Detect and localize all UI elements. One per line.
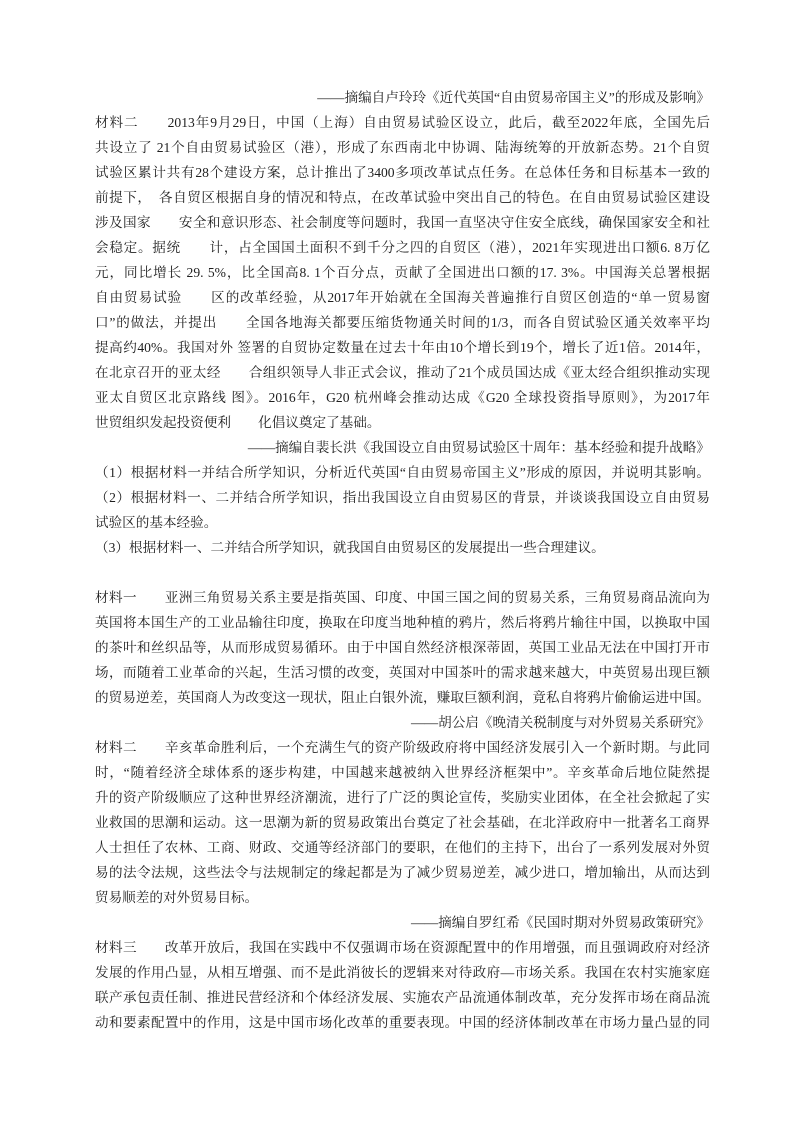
q20-material2-line: 业救国的思潮和运动。这一思潮为新的贸易政策出台奠定了社会基础，在北洋政府中一批著… (95, 810, 710, 835)
q19-subquestion-3: （3）根据材料一、二并结合所学知识，就我国自由贸易区的发展提出一些合理建议。 (95, 535, 710, 560)
q20-material1-line: 材料一 亚洲三角贸易关系主要是指英国、印度、中国三国之间的贸易关系，三角贸易商品… (95, 585, 710, 610)
q19-material2-line: 材料二 2013年9月29日，中国（上海）自由贸易试验区设立，此后，截至2022… (95, 110, 710, 135)
q19-material2-line: 会稳定。据统 计，占全国国土面积不到千分之四的自贸区（港），2021年实现进出口… (95, 235, 710, 260)
q19-material1-attribution: ——摘编自卢玲玲《近代英国“自由贸易帝国主义”的形成及影响》 (95, 85, 710, 110)
q20-material2-line: 人士担任了农林、工商、财政、交通等经济部门的要职，在他们的主持下，出台了一系列发… (95, 835, 710, 860)
q19-material2-line: 共设立了 21个自由贸易试验区（港），形成了东西南北中协调、陆海统筹的开放新态势… (95, 135, 710, 160)
q19-material2-line: 自由贸易试验 区的改革经验，从2017年开始就在全国海关普遍推行自贸区创造的“单… (95, 285, 710, 310)
q20-material2-line: 易的法令法规，这些法令与法规制定的缘起都是为了减少贸易逆差，减少进口，增加输出，… (95, 860, 710, 885)
q20-material1-line: 英国将本国生产的工业品输往印度，换取在印度当地种植的鸦片，然后将鸦片输往中国，以… (95, 610, 710, 635)
q20-material2-line: 贸易顺差的对外贸易目标。 (95, 885, 710, 910)
q19-material2-attribution: ——摘编自裴长洪《我国设立自由贸易试验区十周年：基本经验和提升战略》 (95, 435, 710, 460)
q19-subquestion-2: （2）根据材料一、二并结合所学知识，指出我国设立自由贸易区的背景，并谈谈我国设立… (95, 485, 710, 510)
q19-material2-line: 涉及国家 安全和意识形态、社会制度等问题时，我国一直坚决守住安全底线，确保国家安… (95, 210, 710, 235)
q20-material3-line: 材料三 改革开放后，我国在实践中不仅强调市场在资源配置中的作用增强，而且强调政府… (95, 935, 710, 960)
q20-material3-line: 动和要素配置中的作用，这是中国市场化改革的重要表现。中国的经济体制改革在市场力量… (95, 1010, 710, 1035)
q19-material2-line: 提高约40%。我国对外 签署的自贸协定数量在过去十年由10个增长到19个，增长了… (95, 335, 710, 360)
document-page: ——摘编自卢玲玲《近代英国“自由贸易帝国主义”的形成及影响》 材料二 2013年… (0, 0, 800, 1035)
q19-material2-line: 在北京召开的亚太经 合组织领导人非正式会议，推动了21个成员国达成《亚太经合组织… (95, 360, 710, 385)
q20-material1-attribution: ——胡公启《晚清关税制度与对外贸易关系研究》 (95, 710, 710, 735)
q20-material2-line: 材料二 辛亥革命胜利后，一个充满生气的资产阶级政府将中国经济发展引入一个新时期。… (95, 735, 710, 760)
q20-material3-line: 联产承包责任制、推进民营经济和个体经济发展、实施农产品流通体制改革，充分发挥市场… (95, 985, 710, 1010)
q20-heading: 20.根据材料，回答问题。 (69, 560, 710, 585)
q20-material2-line: 时，“随着经济全球体系的逐步构建，中国越来越被纳入世界经济框架中”。辛亥革命后地… (95, 760, 710, 785)
q19-material2-line: 前提下， 各自贸区根据自身的情况和特点，在改革试验中突出自己的特色。在自由贸易试… (95, 185, 710, 210)
q19-subquestion-2-continued: 试验区的基本经验。 (95, 510, 710, 535)
q19-material2-line: 亚太自贸区北京路线 图》。2016年，G20 杭州峰会推动达成《G20 全球投资… (95, 385, 710, 410)
q20-material1-line: 场，而随着工业革命的兴起，生活习惯的改变，英国对中国茶叶的需求越来越大，中英贸易… (95, 660, 710, 685)
q19-subquestion-1: （1）根据材料一并结合所学知识，分析近代英国“自由贸易帝国主义”形成的原因，并说… (95, 460, 710, 485)
q20-material3-line: 发展的作用凸显，从相互增强、而不是此消彼长的逻辑来对待政府—市场关系。我国在农村… (95, 960, 710, 985)
q19-material2-line: 口”的做法，并提出 全国各地海关都要压缩货物通关时间的1/3，而各自贸试验区通关… (95, 310, 710, 335)
q19-material2-line: 世贸组织发起投资便利 化倡议奠定了基础。 (95, 410, 710, 435)
q20-material2-attribution: ——摘编自罗红希《民国时期对外贸易政策研究》 (95, 910, 710, 935)
q20-material1-line: 的茶叶和丝织品等，从而形成贸易循环。由于中国自然经济根深蒂固，英国工业品无法在中… (95, 635, 710, 660)
q20-material2-line: 升的资产阶级顺应了这种世界经济潮流，进行了广泛的舆论宣传，奖励实业团体，在全社会… (95, 785, 710, 810)
q19-material2-line: 元，同比增长 29. 5%，比全国高8. 1个百分点，贡献了全国进出口额的17.… (95, 260, 710, 285)
q19-material2-line: 试验区累计共有28个建设方案，总计推出了3400多项改革试点任务。在总体任务和目… (95, 160, 710, 185)
q20-material1-line: 的贸易逆差，英国商人为改变这一现状，阻止白银外流，赚取巨额利润，竟私自将鸦片偷偷… (95, 685, 710, 710)
